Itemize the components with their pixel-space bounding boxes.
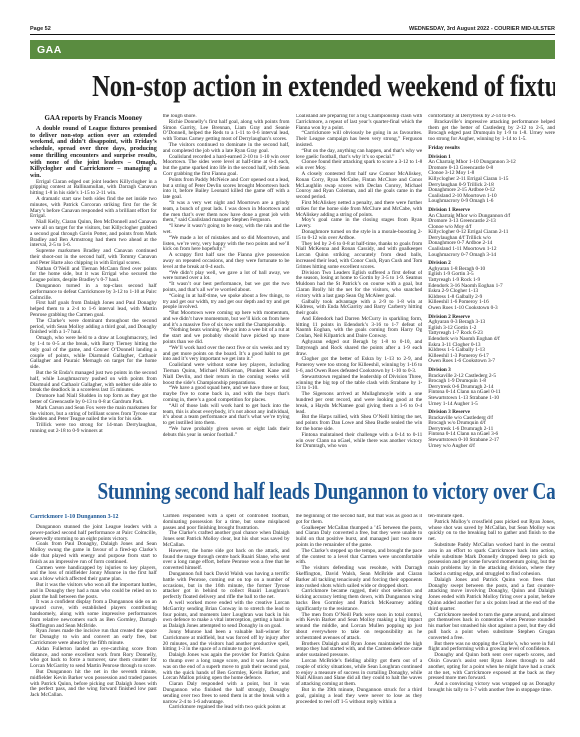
paragraph: Supreme marksmen Bradley and Canavan con…	[30, 249, 157, 266]
article2-headline-text: Stunning second half leads Dungannon to …	[97, 475, 555, 509]
paragraph: The Clarke’s stepped up the tempo, and b…	[296, 549, 423, 566]
paragraph: “It was a very wet night and Moortown ar…	[163, 201, 290, 224]
paragraph: “We have probably given seven or eight l…	[163, 427, 290, 439]
article1-column-1: GAA reports by Francis MooneyA double ro…	[30, 114, 157, 462]
paragraph: But it was the visitors who won all the …	[30, 583, 157, 600]
result-line: Owen Roes 1-6 Cookstown 3-7	[428, 359, 555, 365]
paragraph: Dalaigh Jones and Patrick Quinn won free…	[428, 578, 555, 613]
paragraph: “It wasn’t our best performance, but we …	[163, 282, 290, 294]
paragraph: Trillick were too strong for 14-man Derr…	[30, 423, 157, 435]
article2-headline: Stunning second half leads Dungannon to …	[30, 475, 555, 509]
paragraph: Brackaville’s impressive attacking perfo…	[428, 120, 555, 143]
paragraph: Fintona maintained their challenge with …	[296, 433, 423, 450]
article1-column-3: Coalisland are preparing for a big Champ…	[296, 114, 423, 462]
paragraph: Ryan Jones made the incisive run that cr…	[30, 629, 157, 646]
paragraph: Dromore had Niall Sludden in top form as…	[30, 394, 157, 406]
paragraph: The Sigersons arrived at Mullaghmoyle wi…	[296, 392, 423, 415]
paragraph: Points from Paddy McNeice and Corr opene…	[163, 178, 290, 201]
paragraph: Carmen responded with a spell of control…	[163, 514, 290, 531]
paragraph: “But Moortown were coming up here with m…	[163, 311, 290, 328]
article2-column-4: ten-minute spell.Patrick Molloy’s crossf…	[428, 514, 555, 714]
paragraph: Coalisland were without some key players…	[163, 363, 290, 386]
paragraph: And Edendork had Darren McCurry in spark…	[296, 317, 423, 340]
newspaper-page: Page 52 WEDNESDAY, 3rd August 2022 - COU…	[0, 0, 580, 737]
paragraph: “We have a good squad here, and we have …	[163, 386, 290, 403]
paragraph: Substitute Paddy McCallan worked hard in…	[428, 543, 555, 578]
paragraph: Carrickmore regained the lead with two q…	[163, 705, 290, 711]
paragraph: “We made a lot of mistakes and so did Mo…	[163, 236, 290, 253]
paragraph: Dalaigh Jones was again the provider for…	[163, 653, 290, 682]
paragraph: Aidan Fullerton landed an eye-catching s…	[30, 647, 157, 670]
paragraph: The visitors defending was resolute, wit…	[296, 566, 423, 589]
paragraph: A scrappy first half saw the Fianna give…	[163, 253, 290, 270]
result-line: Urney w/o Augher d/f	[428, 444, 555, 450]
paragraph: Patrick Molloy’s crossfield pass picked …	[428, 520, 555, 543]
article2-column-1: Carrickmore 1-10 Dungannon 3-12Dungannon…	[30, 514, 157, 714]
paragraph: Ciaran Daly responded with a point, but …	[163, 682, 290, 705]
paragraph: Division Two Leaders Eglish suffered a f…	[296, 271, 423, 300]
paragraph: The Clarke’s were dominant throughout th…	[30, 319, 157, 336]
paragraph: Coalisland recorded a hard-earned 2-10 t…	[163, 155, 290, 178]
paragraph: “Nothing beats winning. We got into a we…	[163, 328, 290, 345]
byline: GAA reports by Francis Mooney	[30, 114, 157, 123]
page-number: Page 52	[30, 26, 51, 32]
paragraph: “Carrickmore will obviously be going in …	[296, 131, 423, 148]
section-label: GAA	[37, 44, 62, 56]
result-line: Urney 1-14 Augher 1-5	[428, 402, 555, 408]
paragraph: Goals from Paul Donaghy, Dalaigh Jones a…	[30, 542, 157, 565]
article2-column-2: Carmen responded with a spell of control…	[163, 514, 290, 714]
match-scoreline: Carrickmore 1-10 Dungannon 3-12	[30, 514, 157, 521]
paragraph: A dramatic start saw both sides find the…	[30, 197, 157, 220]
paragraph: The visitors continued to dominate in th…	[163, 143, 290, 155]
paragraph: A well worked move ended with the creati…	[163, 601, 290, 630]
result-line: Loughmacrory 0-7 Omagh 3-14	[428, 253, 555, 259]
result-line: Owen Roes 1-10 Cookstown 0-3	[428, 306, 555, 312]
paragraph: “We’ll work hard over the next five or s…	[163, 346, 290, 363]
paragraph: And a convincing victory was wrapped up …	[428, 682, 555, 694]
paragraph: But the Harps rallied, with Shea O’Neill…	[296, 415, 423, 432]
paragraph: Galbally took advantage with a 2-9 to 1-…	[296, 300, 423, 317]
article1-headline-text: Non-stop action in extended weekend of f…	[92, 65, 555, 107]
article1-headline: Non-stop action in extended weekend of f…	[30, 65, 555, 107]
paragraph: First half goals from Dalaigh Jones and …	[30, 301, 157, 318]
paragraph: A closely contested first half saw Conno…	[296, 172, 423, 201]
paragraph: Coalisland are preparing for a big Champ…	[296, 114, 423, 131]
article2-column-3: the beginning of the second half, but th…	[296, 514, 423, 714]
paragraph: Carrickmore needed to turn the game arou…	[428, 613, 555, 642]
paragraph: “I knew it wasn’t going to be easy, with…	[163, 224, 290, 236]
paragraph: But in the 39th minute, Dungannon struck…	[296, 688, 423, 705]
paragraph: Dungannon full back David Walsh was havi…	[163, 572, 290, 601]
paragraph: It was a confident display from a Dungan…	[30, 600, 157, 629]
paragraph: Aghyaran edged out Beragh by 1-8 to 0-10…	[296, 340, 423, 357]
paragraph: The Clarke’s crafted another goal chance…	[163, 531, 290, 548]
paragraph: Goalkeeper McCallan thumped a ’45 betwee…	[296, 526, 423, 549]
paragraph: Dungannon stunned the joint League leade…	[30, 525, 157, 542]
paragraph: The men from O’Neill Park were soon in t…	[296, 613, 423, 642]
gaa-section-banner: GAA	[30, 40, 555, 59]
paragraph: “Going in at half-time, we spoke about a…	[163, 294, 290, 311]
results-subhead: Friday results	[428, 146, 555, 152]
paragraph: Brothers Dalaigh and Ryan Jones maintain…	[296, 642, 423, 659]
paragraph: Omagh, who were held to a draw at Loughm…	[30, 336, 157, 371]
paragraph: Richie Donnelly’s first half goal, along…	[163, 120, 290, 143]
result-line: Loughmacrory 0-9 Omagh 1-6	[428, 199, 555, 205]
paragraph: Dungannon turned in a top-class second h…	[30, 284, 157, 301]
date-masthead: WEDNESDAY, 3rd August 2022 - COURIER MID…	[409, 26, 555, 32]
paragraph: First McAliskey netted a penalty, and th…	[296, 201, 423, 218]
paragraph: Carrickmore became ragged, their shot se…	[296, 589, 423, 612]
paragraph: Mark Carson and Sean Fox were the main m…	[30, 406, 157, 423]
paragraph: Jonny Munroe had been a valuable ball-wi…	[163, 630, 290, 653]
paragraph: Niall Kelly, Ciaran Quinn, Ben McDonnell…	[30, 220, 157, 249]
paragraph: Donaghy and Quinn both sent over superb …	[428, 653, 555, 682]
paragraph: Nathan O’Neill and Tiernan McCann fired …	[30, 267, 157, 284]
article1-body: GAA reports by Francis MooneyA double ro…	[30, 114, 555, 462]
paragraph: Stewartstown regained the leadership of …	[296, 375, 423, 392]
paragraph: Clogher got the better of Eskra by 1-13 …	[296, 357, 423, 374]
paragraph: Errigal Ciaran edged out joint leaders K…	[30, 180, 157, 197]
paragraph: But the St Enda’s managed just two point…	[30, 371, 157, 394]
page-header: Page 52 WEDNESDAY, 3rd August 2022 - COU…	[30, 26, 555, 32]
paragraph: A double round of League fixtures promis…	[30, 126, 157, 180]
header-rule	[30, 34, 555, 35]
paragraph: Carmen were handicapped by injuries to k…	[30, 566, 157, 583]
paragraph: Donaghmore turned on the style in a mora…	[296, 230, 423, 242]
paragraph: the beginning of the second half, but th…	[296, 514, 423, 526]
article1-column-2: the lough shore.Richie Donnelly’s first …	[163, 114, 290, 462]
article2-body: Carrickmore 1-10 Dungannon 3-12Dungannon…	[30, 514, 555, 714]
paragraph: However, the home side got back on the a…	[163, 549, 290, 572]
paragraph: “All of those lads will work hard to get…	[163, 404, 290, 427]
paragraph: But Dungannon hit the net in the seventh…	[30, 670, 157, 699]
paragraph: Lorcan McBride’s fielding ability got th…	[296, 659, 423, 688]
article1-column-4-results: comfortably at Derrytresk by 2-14 to 0-6…	[428, 114, 555, 462]
paragraph: They led by 2-6 to 0-8 at half-time, tha…	[296, 242, 423, 271]
